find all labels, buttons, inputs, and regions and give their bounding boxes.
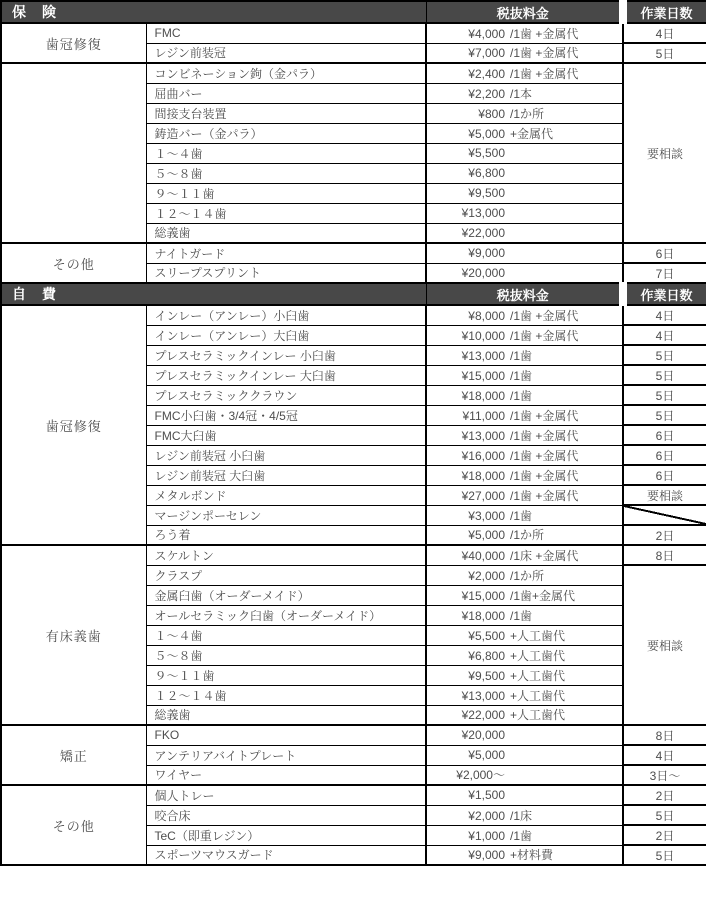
price-amount: ¥7,000	[427, 46, 505, 60]
price-unit-note: /1歯	[510, 829, 532, 843]
price-cell: ¥20,000	[426, 263, 623, 283]
item-name-cell: プレスセラミッククラウン	[146, 385, 426, 405]
price-cell: ¥2,400/1歯 +金属代	[426, 63, 623, 83]
section-header-row: 保 険税抜料金作業日数	[1, 1, 706, 23]
price-cell: ¥6,800+人工歯代	[426, 645, 623, 665]
price-cell: ¥22,000+人工歯代	[426, 705, 623, 725]
price-amount: ¥5,000	[427, 748, 505, 762]
price-amount: ¥2,000	[427, 569, 505, 583]
price-cell: ¥2,200/1本	[426, 83, 623, 103]
days-cell: 5日	[623, 405, 706, 425]
price-amount: ¥22,000	[427, 708, 505, 722]
section-title: 自 費	[1, 283, 426, 305]
price-amount: ¥3,000	[427, 509, 505, 523]
days-cell: 要相談	[623, 485, 706, 505]
days-cell: 8日	[623, 545, 706, 565]
days-cell: 5日	[623, 365, 706, 385]
days-cell: 7日	[623, 263, 706, 283]
item-name-cell: 咬合床	[146, 805, 426, 825]
item-name-cell: 間接支台装置	[146, 103, 426, 123]
price-unit-note: /1歯 +金属代	[510, 27, 578, 41]
category-cell: 歯冠修復	[1, 305, 146, 545]
price-unit-note: /1歯	[510, 509, 532, 523]
price-amount: ¥9,500	[427, 186, 505, 200]
category-cell: 歯冠修復	[1, 23, 146, 63]
table-row: 歯冠修復インレー（アンレー）小臼歯¥8,000/1歯 +金属代4日	[1, 305, 706, 325]
price-cell: ¥40,000/1床 +金属代	[426, 545, 623, 565]
price-amount: ¥11,000	[427, 409, 505, 423]
table-row: その他ナイトガード¥9,0006日	[1, 243, 706, 263]
price-unit-note: +人工歯代	[510, 689, 565, 703]
item-name-cell: マージンポーセレン	[146, 505, 426, 525]
price-amount: ¥18,000	[427, 389, 505, 403]
item-name-cell: 総義歯	[146, 223, 426, 243]
price-cell: ¥15,000/1歯	[426, 365, 623, 385]
price-cell: ¥8,000/1歯 +金属代	[426, 305, 623, 325]
item-name-cell: １２～１４歯	[146, 203, 426, 223]
days-cell: 4日	[623, 305, 706, 325]
category-cell: 矯正	[1, 725, 146, 785]
item-name-cell: スケルトン	[146, 545, 426, 565]
price-column-header: 税抜料金	[426, 283, 623, 305]
price-cell: ¥6,800	[426, 163, 623, 183]
item-name-cell: FMC大臼歯	[146, 425, 426, 445]
price-amount: ¥800	[427, 107, 505, 121]
item-name-cell: スリープスプリント	[146, 263, 426, 283]
price-cell: ¥18,000/1歯	[426, 605, 623, 625]
item-name-cell: FMC	[146, 23, 426, 43]
price-table-body: 保 険税抜料金作業日数歯冠修復FMC¥4,000/1歯 +金属代4日レジン前装冠…	[1, 1, 706, 865]
price-cell: ¥13,000+人工歯代	[426, 685, 623, 705]
item-name-cell: プレスセラミックインレー 大臼歯	[146, 365, 426, 385]
days-cell: 3日～	[623, 765, 706, 785]
price-amount: ¥9,000	[427, 848, 505, 862]
price-cell: ¥9,500+人工歯代	[426, 665, 623, 685]
days-cell: 要相談	[623, 63, 706, 243]
days-cell: 4日	[623, 23, 706, 43]
price-amount: ¥5,000	[427, 528, 505, 542]
item-name-cell: ろう着	[146, 525, 426, 545]
price-amount: ¥18,000	[427, 609, 505, 623]
price-unit-note: /1歯 +金属代	[510, 429, 578, 443]
price-cell: ¥18,000/1歯 +金属代	[426, 465, 623, 485]
price-amount: ¥5,500	[427, 629, 505, 643]
item-name-cell: インレー（アンレー）小臼歯	[146, 305, 426, 325]
item-name-cell: FMC小臼歯・3/4冠・4/5冠	[146, 405, 426, 425]
price-amount: ¥9,500	[427, 669, 505, 683]
price-amount: ¥27,000	[427, 489, 505, 503]
price-unit-note: /1歯 +金属代	[510, 489, 578, 503]
price-amount: ¥8,000	[427, 309, 505, 323]
price-amount: ¥5,500	[427, 146, 505, 160]
days-cell: 5日	[623, 845, 706, 865]
price-cell: ¥9,000	[426, 243, 623, 263]
item-name-cell: TeC（即重レジン）	[146, 825, 426, 845]
item-name-cell: メタルボンド	[146, 485, 426, 505]
days-column-header: 作業日数	[623, 283, 706, 305]
category-cell: 有床義歯	[1, 545, 146, 725]
price-amount: ¥2,000～	[427, 766, 505, 783]
price-cell: ¥15,000/1歯+金属代	[426, 585, 623, 605]
days-na-slash-cell	[623, 505, 706, 525]
price-amount: ¥15,000	[427, 589, 505, 603]
table-row: 歯冠修復FMC¥4,000/1歯 +金属代4日	[1, 23, 706, 43]
price-amount: ¥13,000	[427, 206, 505, 220]
price-unit-note: +材料費	[510, 848, 553, 862]
price-unit-note: +人工歯代	[510, 708, 565, 722]
item-name-cell: ワイヤー	[146, 765, 426, 785]
price-amount: ¥20,000	[427, 728, 505, 742]
price-cell: ¥13,000/1歯 +金属代	[426, 425, 623, 445]
price-cell: ¥2,000/1か所	[426, 565, 623, 585]
price-amount: ¥1,500	[427, 788, 505, 802]
item-name-cell: プレスセラミックインレー 小臼歯	[146, 345, 426, 365]
table-row: その他個人トレー¥1,5002日	[1, 785, 706, 805]
price-cell: ¥11,000/1歯 +金属代	[426, 405, 623, 425]
days-cell: 6日	[623, 425, 706, 445]
price-cell: ¥9,500	[426, 183, 623, 203]
price-cell: ¥13,000	[426, 203, 623, 223]
item-name-cell: ナイトガード	[146, 243, 426, 263]
price-cell: ¥1,000/1歯	[426, 825, 623, 845]
price-cell: ¥5,500	[426, 143, 623, 163]
price-unit-note: +人工歯代	[510, 669, 565, 683]
days-cell: 4日	[623, 745, 706, 765]
price-unit-note: +金属代	[510, 127, 553, 141]
item-name-cell: １～４歯	[146, 625, 426, 645]
days-cell: 4日	[623, 325, 706, 345]
price-unit-note: /1か所	[510, 107, 544, 121]
price-unit-note: /1歯+金属代	[510, 589, 575, 603]
price-cell: ¥22,000	[426, 223, 623, 243]
item-name-cell: 個人トレー	[146, 785, 426, 805]
item-name-cell: １～４歯	[146, 143, 426, 163]
days-cell: 6日	[623, 465, 706, 485]
price-amount: ¥5,000	[427, 127, 505, 141]
price-unit-note: /1歯	[510, 609, 532, 623]
price-amount: ¥4,000	[427, 27, 505, 41]
price-cell: ¥18,000/1歯	[426, 385, 623, 405]
price-unit-note: /1か所	[510, 569, 544, 583]
item-name-cell: 総義歯	[146, 705, 426, 725]
days-cell: 2日	[623, 785, 706, 805]
price-amount: ¥13,000	[427, 429, 505, 443]
days-cell: 5日	[623, 43, 706, 63]
item-name-cell: FKO	[146, 725, 426, 745]
days-cell: 5日	[623, 385, 706, 405]
price-unit-note: /1歯	[510, 369, 532, 383]
price-cell: ¥2,000～	[426, 765, 623, 785]
price-unit-note: /1歯 +金属代	[510, 309, 578, 323]
price-column-header: 税抜料金	[426, 1, 623, 23]
price-unit-note: /1歯 +金属代	[510, 409, 578, 423]
item-name-cell: コンビネーション鉤（金パラ）	[146, 63, 426, 83]
item-name-cell: 屈曲バー	[146, 83, 426, 103]
price-amount: ¥16,000	[427, 449, 505, 463]
price-amount: ¥2,000	[427, 809, 505, 823]
price-unit-note: +人工歯代	[510, 629, 565, 643]
days-cell: 2日	[623, 525, 706, 545]
price-cell: ¥27,000/1歯 +金属代	[426, 485, 623, 505]
days-cell: 8日	[623, 725, 706, 745]
item-name-cell: レジン前装冠	[146, 43, 426, 63]
price-unit-note: /1歯 +金属代	[510, 449, 578, 463]
price-amount: ¥13,000	[427, 349, 505, 363]
price-unit-note: /1床 +金属代	[510, 549, 578, 563]
days-cell: 2日	[623, 825, 706, 845]
price-amount: ¥40,000	[427, 549, 505, 563]
table-row: 有床義歯スケルトン¥40,000/1床 +金属代8日	[1, 545, 706, 565]
item-name-cell: ９～１１歯	[146, 665, 426, 685]
category-cell: その他	[1, 785, 146, 865]
section-header-row: 自 費税抜料金作業日数	[1, 283, 706, 305]
price-amount: ¥1,000	[427, 829, 505, 843]
days-cell: 5日	[623, 805, 706, 825]
price-cell: ¥3,000/1歯	[426, 505, 623, 525]
item-name-cell: レジン前装冠 大臼歯	[146, 465, 426, 485]
item-name-cell: アンテリアバイトプレート	[146, 745, 426, 765]
price-unit-note: /1歯	[510, 349, 532, 363]
price-unit-note: /1歯 +金属代	[510, 46, 578, 60]
price-amount: ¥6,800	[427, 649, 505, 663]
price-unit-note: +人工歯代	[510, 649, 565, 663]
price-cell: ¥2,000/1床	[426, 805, 623, 825]
price-unit-note: /1床	[510, 809, 532, 823]
section-title: 保 険	[1, 1, 426, 23]
price-cell: ¥16,000/1歯 +金属代	[426, 445, 623, 465]
price-unit-note: /1歯 +金属代	[510, 329, 578, 343]
days-column-header: 作業日数	[623, 1, 706, 23]
item-name-cell: クラスプ	[146, 565, 426, 585]
table-row: コンビネーション鉤（金パラ）¥2,400/1歯 +金属代要相談	[1, 63, 706, 83]
days-cell: 5日	[623, 345, 706, 365]
price-cell: ¥4,000/1歯 +金属代	[426, 23, 623, 43]
price-list-page: 保 険税抜料金作業日数歯冠修復FMC¥4,000/1歯 +金属代4日レジン前装冠…	[0, 0, 706, 901]
price-cell: ¥800/1か所	[426, 103, 623, 123]
item-name-cell: 金属臼歯（オーダーメイド）	[146, 585, 426, 605]
price-amount: ¥20,000	[427, 266, 505, 280]
price-amount: ¥15,000	[427, 369, 505, 383]
price-cell: ¥20,000	[426, 725, 623, 745]
item-name-cell: スポーツマウスガード	[146, 845, 426, 865]
price-amount: ¥18,000	[427, 469, 505, 483]
category-cell: その他	[1, 243, 146, 283]
price-cell: ¥5,000	[426, 745, 623, 765]
price-amount: ¥2,400	[427, 67, 505, 81]
price-cell: ¥5,000/1か所	[426, 525, 623, 545]
price-cell: ¥13,000/1歯	[426, 345, 623, 365]
price-table: 保 険税抜料金作業日数歯冠修復FMC¥4,000/1歯 +金属代4日レジン前装冠…	[0, 0, 706, 866]
item-name-cell: インレー（アンレー）大臼歯	[146, 325, 426, 345]
price-cell: ¥7,000/1歯 +金属代	[426, 43, 623, 63]
price-cell: ¥10,000/1歯 +金属代	[426, 325, 623, 345]
price-amount: ¥10,000	[427, 329, 505, 343]
item-name-cell: ９～１１歯	[146, 183, 426, 203]
price-unit-note: /1歯 +金属代	[510, 469, 578, 483]
item-name-cell: オールセラミック臼歯（オーダーメイド）	[146, 605, 426, 625]
days-cell: 要相談	[623, 565, 706, 725]
price-unit-note: /1本	[510, 87, 532, 101]
price-amount: ¥22,000	[427, 226, 505, 240]
price-cell: ¥5,000+金属代	[426, 123, 623, 143]
item-name-cell: レジン前装冠 小臼歯	[146, 445, 426, 465]
price-amount: ¥2,200	[427, 87, 505, 101]
price-unit-note: /1歯	[510, 389, 532, 403]
price-unit-note: /1か所	[510, 528, 544, 542]
price-amount: ¥6,800	[427, 166, 505, 180]
category-cell	[1, 63, 146, 243]
price-cell: ¥1,500	[426, 785, 623, 805]
price-cell: ¥5,500+人工歯代	[426, 625, 623, 645]
item-name-cell: １２～１４歯	[146, 685, 426, 705]
table-row: 矯正FKO¥20,0008日	[1, 725, 706, 745]
item-name-cell: 鋳造バー（金パラ）	[146, 123, 426, 143]
days-cell: 6日	[623, 243, 706, 263]
price-amount: ¥13,000	[427, 689, 505, 703]
price-cell: ¥9,000+材料費	[426, 845, 623, 865]
days-cell: 6日	[623, 445, 706, 465]
price-amount: ¥9,000	[427, 246, 505, 260]
item-name-cell: ５～８歯	[146, 163, 426, 183]
item-name-cell: ５～８歯	[146, 645, 426, 665]
price-unit-note: /1歯 +金属代	[510, 67, 578, 81]
